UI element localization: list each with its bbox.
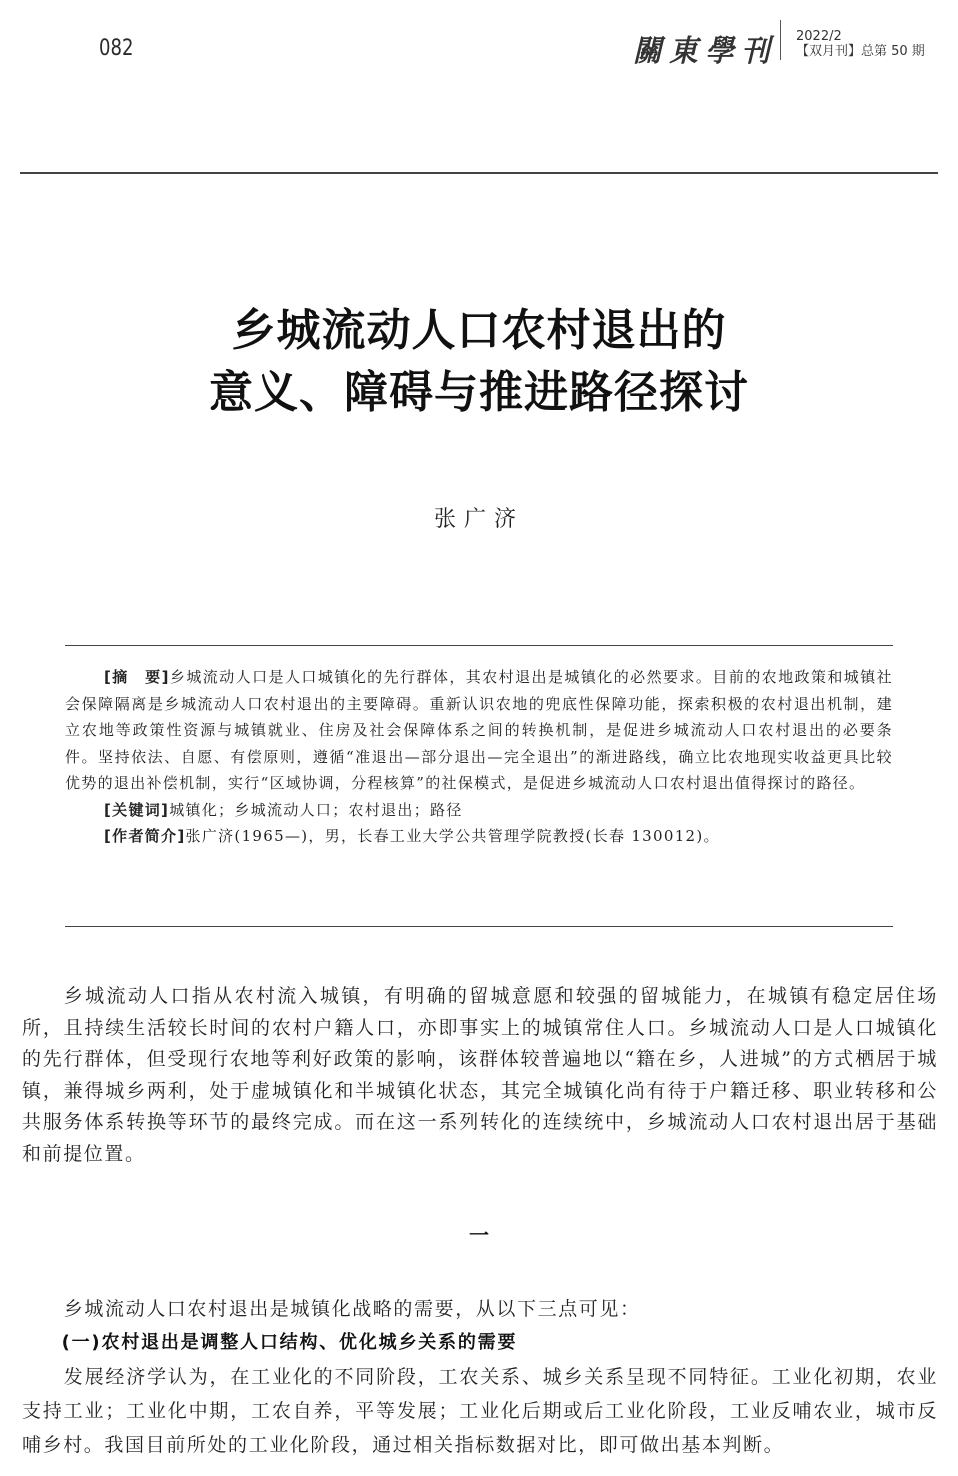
author-bio-text: 张广济(1965—)，男，长春工业大学公共管理学院教授(长春 130012)。 — [186, 827, 720, 845]
subsection-heading: (一)农村退出是调整人口结构、优化城乡关系的需要 — [22, 1326, 938, 1360]
header-divider — [780, 20, 781, 60]
keywords-label: [关键词] — [104, 801, 169, 819]
keywords-text: 城镇化；乡城流动人口；农村退出；路径 — [169, 801, 462, 819]
abstract-summary-text: 乡城流动人口是人口城镇化的先行群体，其农村退出是城镇化的必然要求。目前的农地政策… — [65, 668, 893, 792]
abstract-keywords: [关键词]城镇化；乡城流动人口；农村退出；路径 — [65, 797, 893, 824]
abstract-author-bio: [作者简介]张广济(1965—)，男，长春工业大学公共管理学院教授(长春 130… — [65, 823, 893, 850]
article-title-line-2: 意义、障碍与推进路径探讨 — [0, 362, 958, 424]
intro-paragraph: 乡城流动人口指从农村流入城镇，有明确的留城意愿和较强的留城能力，在城镇有稳定居住… — [22, 981, 938, 1170]
section-intro-paragraph: 乡城流动人口农村退出是城镇化战略的需要，从以下三点可见： — [22, 1292, 938, 1326]
article-title-line-1: 乡城流动人口农村退出的 — [0, 300, 958, 362]
intro-section: 乡城流动人口指从农村流入城镇，有明确的留城意愿和较强的留城能力，在城镇有稳定居住… — [22, 981, 938, 1170]
section-heading: 一 — [0, 1219, 958, 1248]
issue-number: 【双月刊】总第 50 期 — [796, 44, 925, 59]
abstract-summary-label: [摘 要] — [104, 668, 170, 686]
page-number: 082 — [99, 36, 133, 61]
journal-logo: 關東學刊 — [633, 26, 777, 70]
issue-date: 2022/2 — [796, 29, 925, 44]
abstract-top-rule — [65, 645, 893, 646]
header-rule — [20, 172, 938, 174]
abstract-bottom-rule — [65, 926, 893, 927]
issue-info: 2022/2 【双月刊】总第 50 期 — [796, 29, 925, 59]
abstract-block: [摘 要]乡城流动人口是人口城镇化的先行群体，其农村退出是城镇化的必然要求。目前… — [65, 664, 893, 850]
author-bio-label: [作者简介] — [104, 827, 186, 845]
subsection-paragraph: 发展经济学认为，在工业化的不同阶段，工农关系、城乡关系呈现不同特征。工业化初期，… — [22, 1360, 938, 1462]
abstract-summary: [摘 要]乡城流动人口是人口城镇化的先行群体，其农村退出是城镇化的必然要求。目前… — [65, 664, 893, 797]
article-author: 张广济 — [0, 502, 958, 533]
section-one-body: 乡城流动人口农村退出是城镇化战略的需要，从以下三点可见： (一)农村退出是调整人… — [22, 1292, 938, 1462]
